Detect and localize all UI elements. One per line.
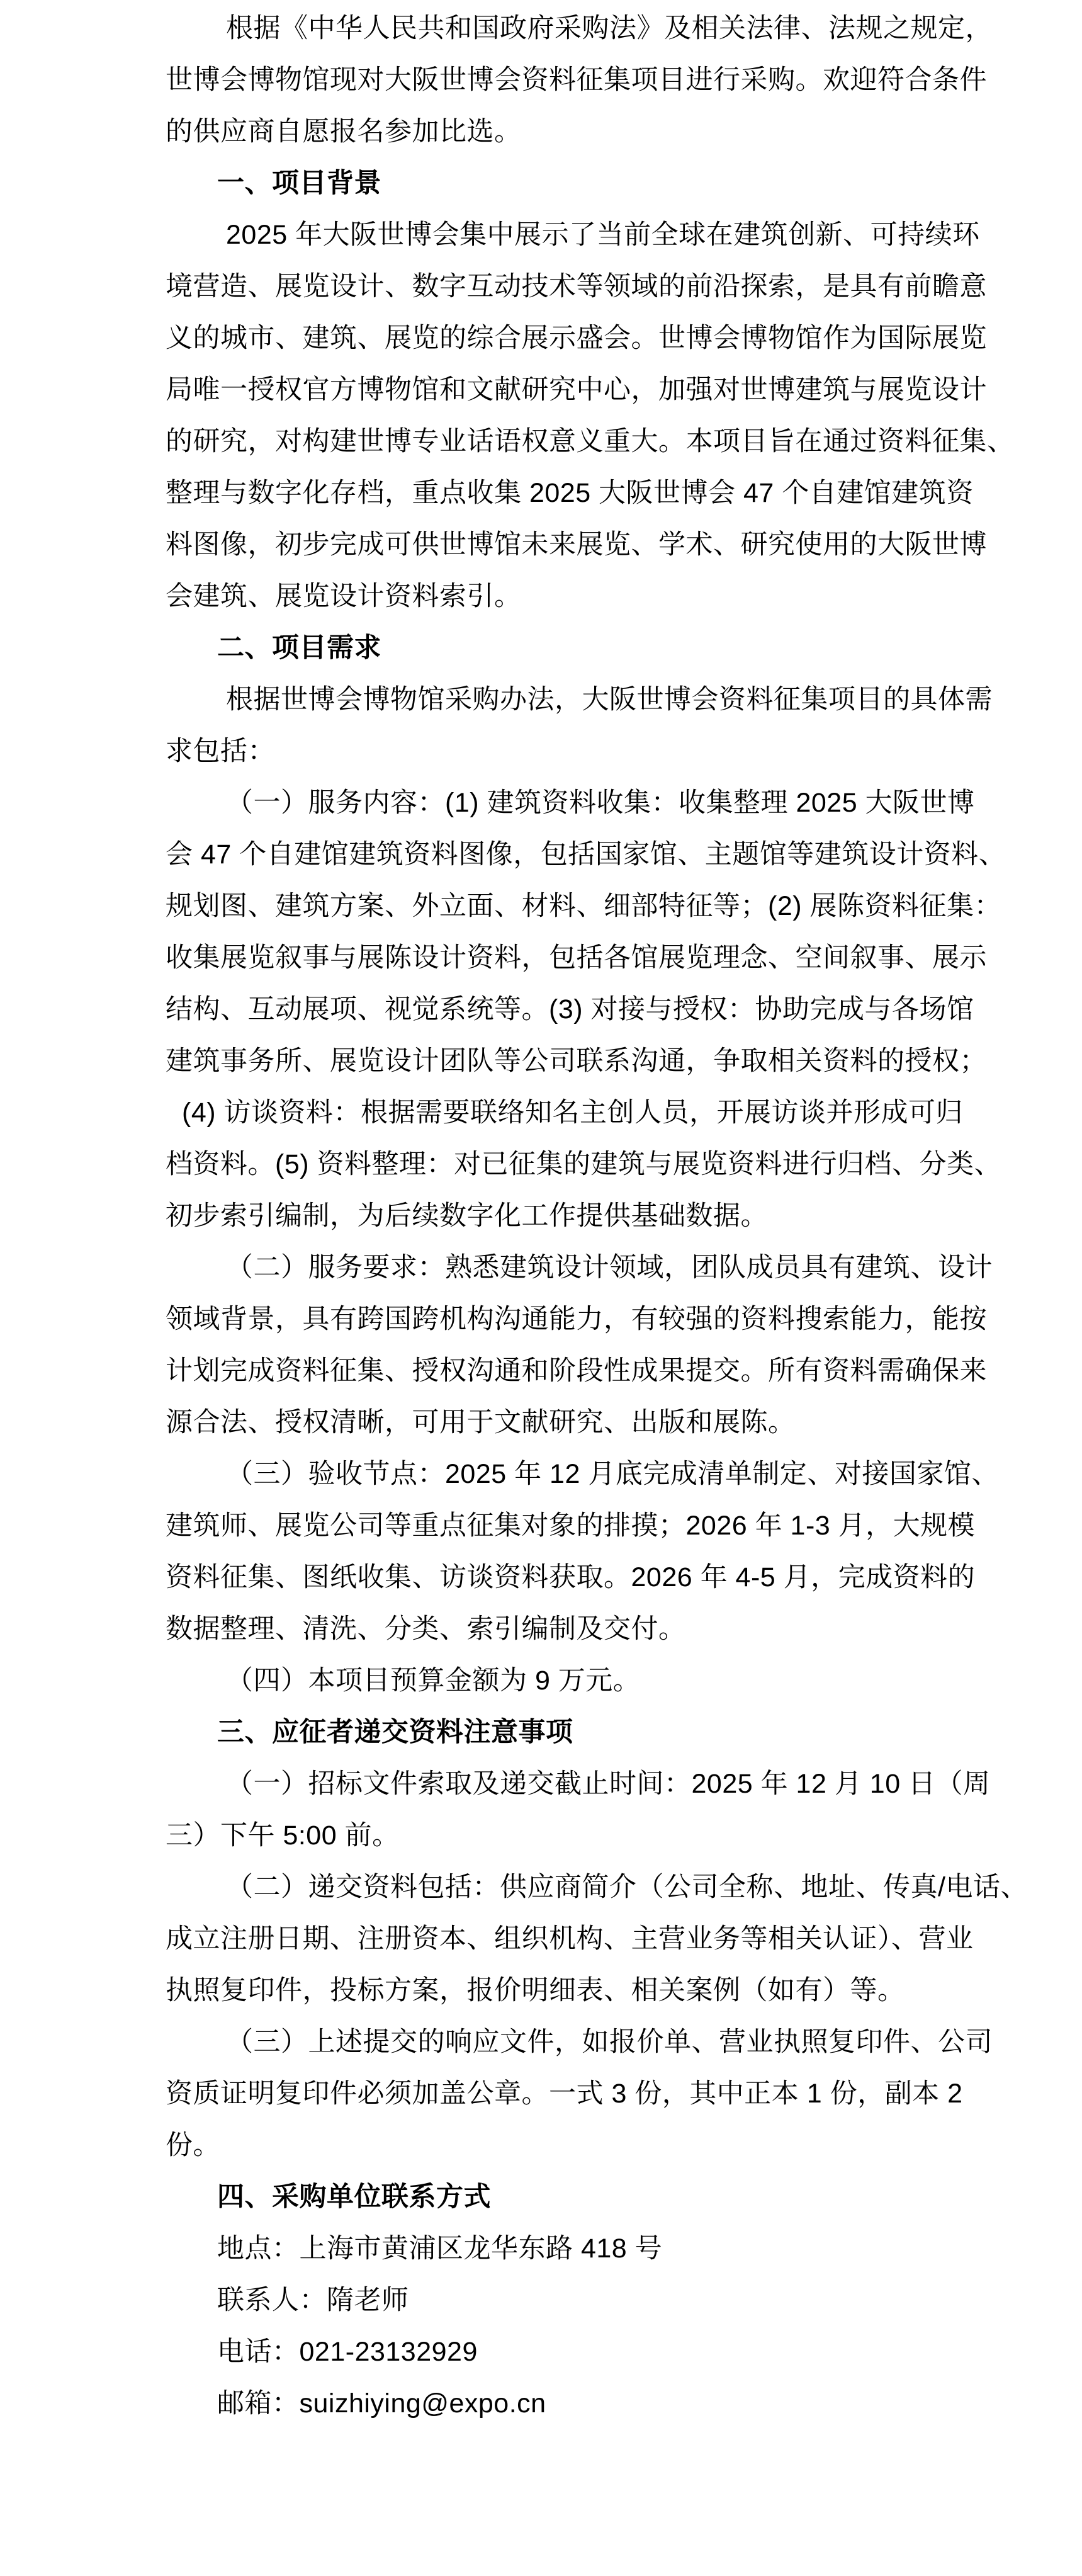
text-line: （一）招标文件索取及递交截止时间：2025 年 12 月 10 日（周 xyxy=(166,1758,925,1810)
text-line: 数据整理、清洗、分类、索引编制及交付。 xyxy=(166,1603,925,1655)
text-line: 境营造、展览设计、数字互动技术等领域的前沿探索，是具有前瞻意 xyxy=(166,261,925,312)
text-line: 资质证明复印件必须加盖公章。一式 3 份，其中正本 1 份，副本 2 xyxy=(166,2068,925,2119)
text-line: 初步索引编制，为后续数字化工作提供基础数据。 xyxy=(166,1190,925,1242)
text-line: 的研究，对构建世博专业话语权意义重大。本项目旨在通过资料征集、 xyxy=(166,416,925,467)
text-line: 根据《中华人民共和国政府采购法》及相关法律、法规之规定， xyxy=(166,3,925,54)
text-line: 领域背景，具有跨国跨机构沟通能力，有较强的资料搜索能力，能按 xyxy=(166,1293,925,1345)
text-line: 根据世博会博物馆采购办法，大阪世博会资料征集项目的具体需 xyxy=(166,674,925,725)
text-line: 资料征集、图纸收集、访谈资料获取。2026 年 4-5 月，完成资料的 xyxy=(166,1552,925,1603)
section-heading: 四、采购单位联系方式 xyxy=(166,2171,925,2223)
text-line: 结构、互动展项、视觉系统等。(3) 对接与授权：协助完成与各场馆 xyxy=(166,984,925,1035)
text-line: 档资料。(5) 资料整理：对已征集的建筑与展览资料进行归档、分类、 xyxy=(166,1138,925,1190)
text-line: （三）上述提交的响应文件，如报价单、营业执照复印件、公司 xyxy=(166,2016,925,2068)
text-line: （二）服务要求：熟悉建筑设计领域，团队成员具有建筑、设计 xyxy=(166,1242,925,1293)
text-line: 的供应商自愿报名参加比选。 xyxy=(166,106,925,157)
text-line: 义的城市、建筑、展览的综合展示盛会。世博会博物馆作为国际展览 xyxy=(166,312,925,364)
text-line: 世博会博物馆现对大阪世博会资料征集项目进行采购。欢迎符合条件 xyxy=(166,54,925,106)
text-line: 执照复印件，投标方案，报价明细表、相关案例（如有）等。 xyxy=(166,1965,925,2016)
text-line: 料图像，初步完成可供世博馆未来展览、学术、研究使用的大阪世博 xyxy=(166,519,925,570)
text-line: （一）服务内容：(1) 建筑资料收集：收集整理 2025 大阪世博 xyxy=(166,777,925,829)
text-line: 会 47 个自建馆建筑资料图像，包括国家馆、主题馆等建筑设计资料、 xyxy=(166,829,925,880)
text-line: 源合法、授权清晰，可用于文献研究、出版和展陈。 xyxy=(166,1397,925,1448)
text-line: 邮箱：suizhiying@expo.cn xyxy=(166,2378,925,2429)
text-line: （二）递交资料包括：供应商简介（公司全称、地址、传真/电话、 xyxy=(166,1861,925,1913)
text-line: 计划完成资料征集、授权沟通和阶段性成果提交。所有资料需确保来 xyxy=(166,1345,925,1397)
text-line: 整理与数字化存档，重点收集 2025 大阪世博会 47 个自建馆建筑资 xyxy=(166,467,925,519)
section-heading: 二、项目需求 xyxy=(166,622,925,674)
text-line: 求包括： xyxy=(166,725,925,777)
text-line: 局唯一授权官方博物馆和文献研究中心，加强对世博建筑与展览设计 xyxy=(166,364,925,416)
section-heading: 一、项目背景 xyxy=(166,157,925,209)
text-line: 收集展览叙事与展陈设计资料，包括各馆展览理念、空间叙事、展示 xyxy=(166,932,925,984)
text-line: 会建筑、展览设计资料索引。 xyxy=(166,570,925,622)
text-line: 地点：上海市黄浦区龙华东路 418 号 xyxy=(166,2223,925,2274)
section-heading: 三、应征者递交资料注意事项 xyxy=(166,1706,925,1758)
document-body: 根据《中华人民共和国政府采购法》及相关法律、法规之规定，世博会博物馆现对大阪世博… xyxy=(166,3,925,2429)
text-line: 建筑事务所、展览设计团队等公司联系沟通，争取相关资料的授权； xyxy=(166,1035,925,1087)
text-line: 电话：021-23132929 xyxy=(166,2326,925,2378)
text-line: 建筑师、展览公司等重点征集对象的排摸；2026 年 1-3 月，大规模 xyxy=(166,1500,925,1552)
text-line: 成立注册日期、注册资本、组织机构、主营业务等相关认证）、营业 xyxy=(166,1913,925,1965)
text-line: (4) 访谈资料：根据需要联络知名主创人员，开展访谈并形成可归 xyxy=(166,1087,925,1138)
text-line: 份。 xyxy=(166,2119,925,2171)
text-line: （三）验收节点：2025 年 12 月底完成清单制定、对接国家馆、 xyxy=(166,1448,925,1500)
text-line: 联系人：隋老师 xyxy=(166,2274,925,2326)
document-page: 根据《中华人民共和国政府采购法》及相关法律、法规之规定，世博会博物馆现对大阪世博… xyxy=(0,0,1082,2576)
text-line: 三）下午 5:00 前。 xyxy=(166,1810,925,1861)
text-line: （四）本项目预算金额为 9 万元。 xyxy=(166,1655,925,1706)
text-line: 规划图、建筑方案、外立面、材料、细部特征等；(2) 展陈资料征集： xyxy=(166,880,925,932)
text-line: 2025 年大阪世博会集中展示了当前全球在建筑创新、可持续环 xyxy=(166,209,925,261)
